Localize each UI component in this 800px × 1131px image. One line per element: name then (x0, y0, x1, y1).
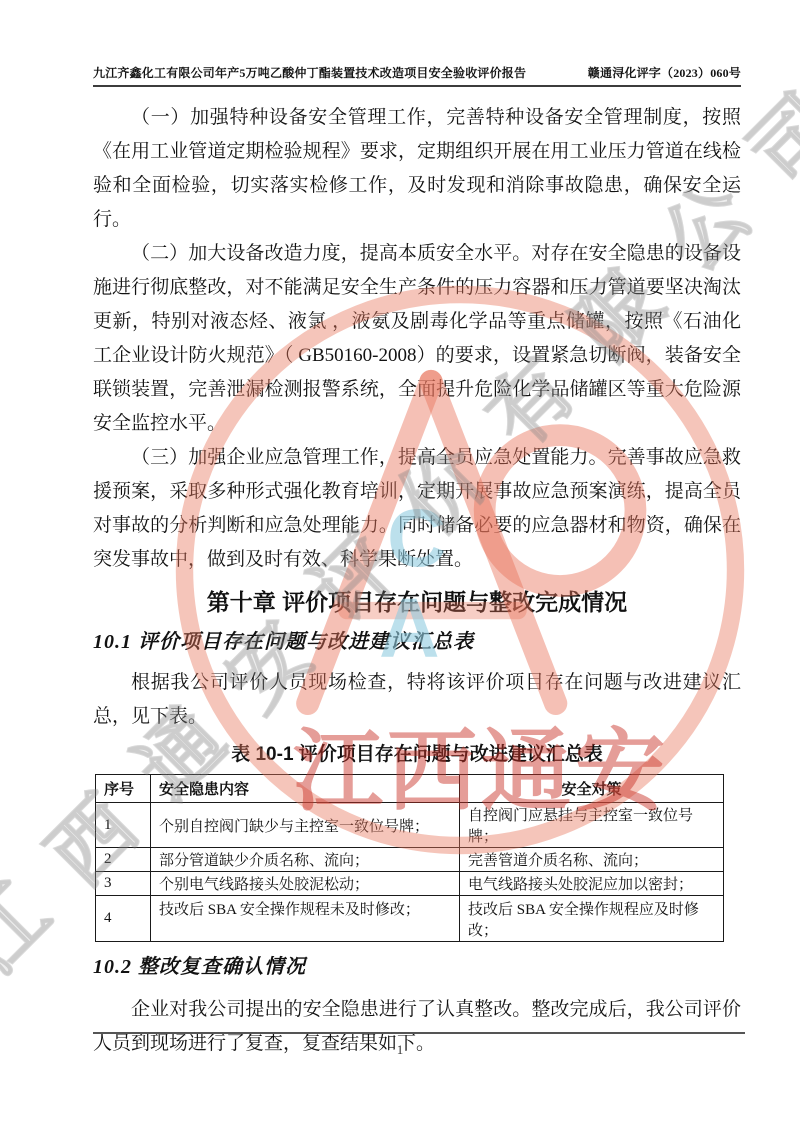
table-row: 4 技改后 SBA 安全操作规程未及时修改； 技改后 SBA 安全操作规程应及时… (96, 896, 724, 942)
table-row: 3 个别电气线路接头处胶泥松动； 电气线路接头处胶泥应加以密封； (96, 872, 724, 896)
table-cell-issue: 个别电气线路接头处胶泥松动； (151, 872, 460, 896)
section-10-1-heading: 10.1 评价项目存在问题与改进建议汇总表 (93, 629, 741, 656)
paragraph-recommendation-2: （二）加大设备改造力度，提高本质安全水平。对存在安全隐患的设备设施进行彻底整改，… (93, 237, 741, 441)
table-caption: 表 10-1 评价项目存在问题与改进建议汇总表 (93, 742, 741, 768)
page-content: 九江齐鑫化工有限公司年产5万吨乙酸仲丁酯装置技术改造项目安全验收评价报告 赣通浔… (93, 0, 741, 1061)
table-row: 2 部分管道缺少介质名称、流向； 完善管道介质名称、流向； (96, 848, 724, 872)
table-cell-seq: 3 (96, 872, 151, 896)
page-header: 九江齐鑫化工有限公司年产5万吨乙酸仲丁酯装置技术改造项目安全验收评价报告 赣通浔… (93, 64, 741, 87)
section-10-2-heading: 10.2 整改复查确认情况 (93, 954, 741, 981)
table-cell-measure: 完善管道介质名称、流向； (460, 848, 724, 872)
table-cell-seq: 4 (96, 896, 151, 942)
chapter-heading: 第十章 评价项目存在问题与整改完成情况 (93, 587, 741, 617)
table-header-measure: 安全对策 (460, 775, 724, 803)
table-header-row: 序号 安全隐患内容 安全对策 (96, 775, 724, 803)
table-cell-measure: 电气线路接头处胶泥应加以密封； (460, 872, 724, 896)
table-cell-measure: 自控阀门应悬挂与主控室一致位号牌； (460, 803, 724, 848)
table-cell-measure: 技改后 SBA 安全操作规程应及时修改； (460, 896, 724, 942)
issues-table: 序号 安全隐患内容 安全对策 1 个别自控阀门缺少与主控室一致位号牌； 自控阀门… (95, 774, 724, 942)
table-cell-issue: 技改后 SBA 安全操作规程未及时修改； (151, 896, 460, 942)
footer-divider (93, 1032, 745, 1034)
table-cell-issue: 个别自控阀门缺少与主控室一致位号牌； (151, 803, 460, 848)
document-page: 九江齐鑫化工有限公司年产5万吨乙酸仲丁酯装置技术改造项目安全验收评价报告 赣通浔… (0, 0, 800, 1131)
page-number: 1 (0, 1042, 800, 1058)
report-title: 九江齐鑫化工有限公司年产5万吨乙酸仲丁酯装置技术改造项目安全验收评价报告 (93, 64, 526, 81)
table-header-seq: 序号 (96, 775, 151, 803)
table-cell-seq: 1 (96, 803, 151, 848)
table-cell-seq: 2 (96, 848, 151, 872)
table-header-issue: 安全隐患内容 (151, 775, 460, 803)
doc-number: 赣通浔化评字（2023）060号 (588, 64, 741, 81)
section-10-1-intro: 根据我公司评价人员现场检查，特将该评价项目存在问题与改进建议汇总，见下表。 (93, 666, 741, 734)
table-cell-issue: 部分管道缺少介质名称、流向； (151, 848, 460, 872)
paragraph-recommendation-1: （一）加强特种设备安全管理工作，完善特种设备安全管理制度，按照《在用工业管道定期… (93, 101, 741, 237)
paragraph-recommendation-3: （三）加强企业应急管理工作，提高全员应急处置能力。完善事故应急救援预案，采取多种… (93, 441, 741, 577)
table-row: 1 个别自控阀门缺少与主控室一致位号牌； 自控阀门应悬挂与主控室一致位号牌； (96, 803, 724, 848)
